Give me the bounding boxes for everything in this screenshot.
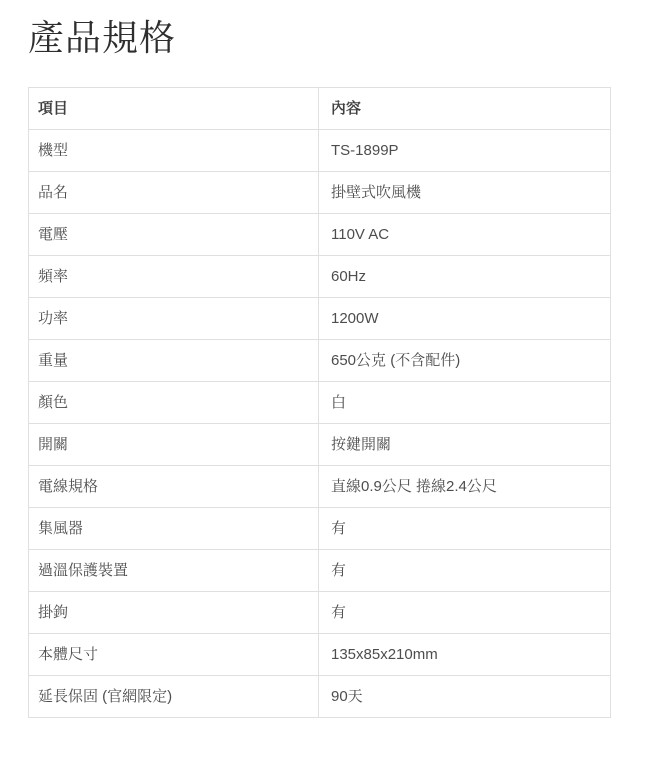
spec-value-cell: 直線0.9公尺 捲線2.4公尺 (319, 465, 611, 507)
spec-item-cell: 重量 (29, 339, 319, 381)
table-row: 掛鉤 有 (29, 591, 611, 633)
spec-value-cell: 白 (319, 381, 611, 423)
spec-value-cell: 有 (319, 549, 611, 591)
spec-value-cell: 有 (319, 591, 611, 633)
table-row: 開關 按鍵開關 (29, 423, 611, 465)
table-row: 重量 650公克 (不含配件) (29, 339, 611, 381)
spec-item-cell: 機型 (29, 129, 319, 171)
spec-value-cell: 110V AC (319, 213, 611, 255)
spec-item-cell: 開關 (29, 423, 319, 465)
spec-item-cell: 掛鉤 (29, 591, 319, 633)
table-row: 電線規格 直線0.9公尺 捲線2.4公尺 (29, 465, 611, 507)
spec-value-cell: 有 (319, 507, 611, 549)
spec-value-cell: 掛壁式吹風機 (319, 171, 611, 213)
spec-item-cell: 功率 (29, 297, 319, 339)
page-title: 產品規格 (28, 19, 610, 57)
spec-table: 項目 內容 機型 TS-1899P 品名 掛壁式吹風機 電壓 110V AC 頻… (28, 87, 611, 718)
spec-value-cell: 1200W (319, 297, 611, 339)
spec-item-cell: 電線規格 (29, 465, 319, 507)
column-header-content: 內容 (319, 87, 611, 129)
spec-item-cell: 電壓 (29, 213, 319, 255)
spec-value-cell: 60Hz (319, 255, 611, 297)
product-spec-section: 產品規格 項目 內容 機型 TS-1899P 品名 掛壁式吹風機 電壓 110V… (0, 0, 650, 718)
spec-item-cell: 延長保固 (官網限定) (29, 675, 319, 717)
spec-item-cell: 本體尺寸 (29, 633, 319, 675)
table-row: 頻率 60Hz (29, 255, 611, 297)
spec-item-cell: 品名 (29, 171, 319, 213)
table-row: 本體尺寸 135x85x210mm (29, 633, 611, 675)
spec-item-cell: 頻率 (29, 255, 319, 297)
table-row: 電壓 110V AC (29, 213, 611, 255)
spec-item-cell: 過溫保護裝置 (29, 549, 319, 591)
spec-value-cell: TS-1899P (319, 129, 611, 171)
table-row: 功率 1200W (29, 297, 611, 339)
table-row: 集風器 有 (29, 507, 611, 549)
table-row: 品名 掛壁式吹風機 (29, 171, 611, 213)
spec-value-cell: 650公克 (不含配件) (319, 339, 611, 381)
table-header-row: 項目 內容 (29, 87, 611, 129)
spec-item-cell: 顏色 (29, 381, 319, 423)
table-row: 延長保固 (官網限定) 90天 (29, 675, 611, 717)
table-row: 機型 TS-1899P (29, 129, 611, 171)
table-row: 顏色 白 (29, 381, 611, 423)
column-header-item: 項目 (29, 87, 319, 129)
spec-value-cell: 135x85x210mm (319, 633, 611, 675)
table-row: 過溫保護裝置 有 (29, 549, 611, 591)
spec-item-cell: 集風器 (29, 507, 319, 549)
spec-value-cell: 90天 (319, 675, 611, 717)
spec-value-cell: 按鍵開關 (319, 423, 611, 465)
